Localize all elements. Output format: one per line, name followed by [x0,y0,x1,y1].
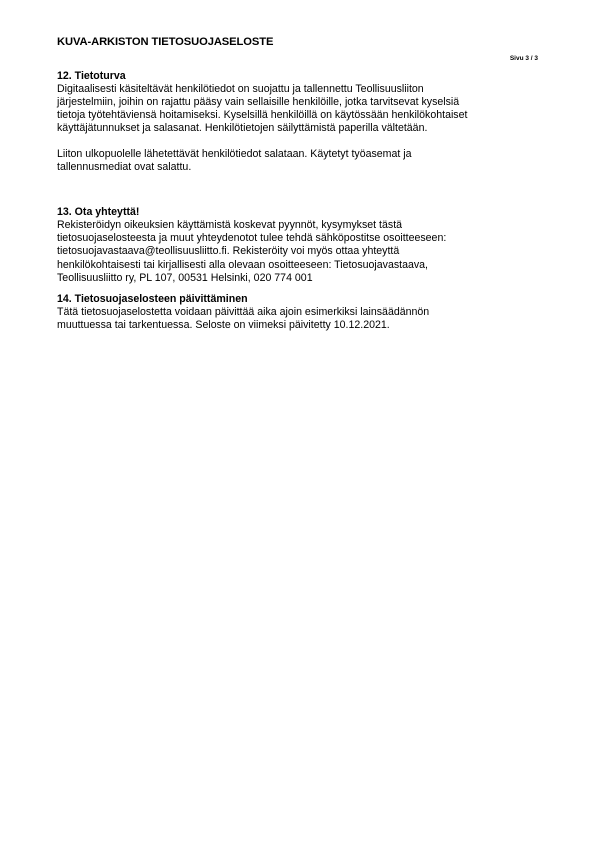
section-ota-yhteytta: 13. Ota yhteyttä! Rekisteröidyn oikeuksi… [57,206,547,284]
text-line: muuttuessa tai tarkentuessa. Seloste on … [57,319,547,332]
text-line: tietosuojaselosteesta ja muut yhteydenot… [57,232,547,245]
text-line: henkilökohtaisesti tai kirjallisesti all… [57,259,547,272]
paragraph: Digitaalisesti käsiteltävät henkilötiedo… [57,83,547,135]
section-paivittaminen: 14. Tietosuojaselosteen päivittäminen Tä… [57,293,547,332]
email-text-line: tietosuojavastaava@teollisuusliitto.fi. … [57,245,547,258]
paragraph: Rekisteröidyn oikeuksien käyttämistä kos… [57,219,547,284]
paragraph: Liiton ulkopuolelle lähetettävät henkilö… [57,148,547,174]
text-line: käyttäjätunnukset ja salasanat. Henkilöt… [57,122,547,135]
page-indicator: Sivu 3 / 3 [510,55,538,62]
text-line: tallennusmediat ovat salattu. [57,161,547,174]
paragraph: Tätä tietosuojaselostetta voidaan päivit… [57,306,547,332]
section-heading: 12. Tietoturva [57,70,547,83]
text-line: Tätä tietosuojaselostetta voidaan päivit… [57,306,547,319]
text-line: Rekisteröidyn oikeuksien käyttämistä kos… [57,219,547,232]
section-heading: 14. Tietosuojaselosteen päivittäminen [57,293,547,306]
text-line: Digitaalisesti käsiteltävät henkilötiedo… [57,83,547,96]
section-tietoturva: 12. Tietoturva Digitaalisesti käsiteltäv… [57,70,547,174]
text-line: tietoja työtehtäviensä hoitamiseksi. Kys… [57,109,547,122]
text-line: Liiton ulkopuolelle lähetettävät henkilö… [57,148,547,161]
document-body: 12. Tietoturva Digitaalisesti käsiteltäv… [57,70,547,332]
address-text-line: Teollisuusliitto ry, PL 107, 00531 Helsi… [57,272,547,285]
document-page: KUVA-ARKISTON TIETOSUOJASELOSTE Sivu 3 /… [0,0,595,842]
section-heading: 13. Ota yhteyttä! [57,206,547,219]
text-line: järjestelmiin, joihin on rajattu pääsy v… [57,96,547,109]
document-title: KUVA-ARKISTON TIETOSUOJASELOSTE [57,36,273,48]
